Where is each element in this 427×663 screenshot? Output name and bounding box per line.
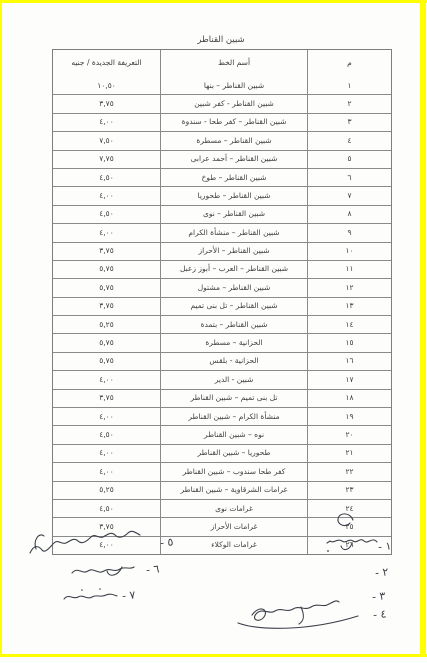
table-row: ٢١طحوريا – شبين القناطر٤,٠٠ — [53, 444, 391, 462]
row-fare-text: ٤,٠٠ — [99, 376, 113, 384]
row-route-name-text: شبين القناطر – العرب – أبوز زعبل — [180, 265, 288, 273]
row-serial-text: ٥ — [347, 155, 351, 163]
row-route-name: شبين القناطر – منشأة الكرام — [160, 224, 307, 241]
table-header-row: م أسم الخط التعريفة الجديدة / جنيه — [53, 50, 391, 77]
table-row: ٣شبين القناطر – كفر طحا - سندوة٤,٠٠ — [53, 113, 391, 131]
row-fare: ٣,٧٥ — [53, 298, 160, 315]
row-route-name: شبين القناطر – نوى — [160, 206, 307, 223]
row-serial-text: ١٢ — [345, 284, 353, 292]
row-serial: ١٨ — [307, 390, 391, 407]
row-serial-text: ١٨ — [345, 394, 353, 402]
row-fare-text: ٥,٢٥ — [99, 486, 113, 494]
row-serial: ٢٢ — [307, 463, 391, 480]
row-fare: ٥,٧٥ — [53, 334, 160, 351]
row-fare: ٣,٧٥ — [53, 390, 160, 407]
row-route-name-text: شبين - الدير — [215, 376, 254, 384]
note7-dot2 — [99, 588, 101, 590]
row-fare: ٤,٠٠ — [53, 114, 160, 131]
row-serial: ٢١ — [307, 445, 391, 462]
row-route-name: طحوريا – شبين القناطر — [160, 445, 307, 462]
pen-mark-curve — [338, 514, 353, 526]
row-fare-text: ٥,٢٥ — [99, 321, 113, 329]
row-fare-text: ٥,٧٥ — [99, 284, 113, 292]
handwritten-note-6: ٦ - — [145, 562, 159, 576]
row-fare-text: ٥,٧٥ — [99, 357, 113, 365]
row-route-name: شبين القناطر – مشتول — [160, 279, 307, 296]
table-row: ٨شبين القناطر – نوى٤,٥٠ — [53, 205, 391, 223]
row-route-name: الحزانية – مسطرة — [160, 334, 307, 351]
row-route-name-text: شبين القناطر – الأحراز — [198, 247, 269, 255]
row-serial-text: ١١ — [345, 265, 353, 273]
row-fare: ٤,٠٠ — [53, 408, 160, 425]
row-route-name: شبين القناطر – مسطرة — [160, 132, 307, 149]
row-route-name-text: شبين القناطر - كفر شبين — [194, 100, 274, 108]
row-fare-text: ٧,٧٥ — [99, 155, 113, 163]
row-serial-text: ٦ — [347, 174, 351, 182]
header-serial: م — [307, 50, 391, 77]
row-serial: ٢٠ — [307, 426, 391, 443]
row-route-name-text: شبين القناطر – مسطرة — [196, 137, 271, 145]
row-fare: ٤,٥٠ — [53, 206, 160, 223]
row-fare-text: ٤,٥٠ — [99, 210, 113, 218]
row-serial: ١٥ — [307, 334, 391, 351]
row-route-name: شبين القناطر – طوخ — [160, 169, 307, 186]
note5-scribble — [30, 531, 140, 553]
row-route-name: تل بنى تميم – شبين القناطر — [160, 390, 307, 407]
row-route-name: شبين القناطر – العرب – أبوز زعبل — [160, 261, 307, 278]
row-fare: ٤,٠٠ — [53, 224, 160, 241]
signature-descender — [299, 607, 303, 624]
table-row: ٥شبين القناطر – أحمد عرابى٧,٧٥ — [53, 150, 391, 168]
row-fare: ٣,٧٥ — [53, 95, 160, 112]
table-row: ١٠شبين القناطر – الأحراز٣,٧٥ — [53, 242, 391, 260]
table-row: ٦شبين القناطر – طوخ٤,٥٠ — [53, 168, 391, 186]
table-row: ١٣شبين القناطر – تل بنى تميم٣,٧٥ — [53, 297, 391, 315]
row-route-name: منشأة الكرام – شبين القناطر — [160, 408, 307, 425]
row-fare-text: ٥,٧٥ — [99, 339, 113, 347]
row-fare-text: ٧,٥٠ — [99, 137, 113, 145]
row-route-name: شبين القناطر – أحمد عرابى — [160, 151, 307, 168]
row-fare-text: ٤,٥٠ — [99, 431, 113, 439]
row-route-name: غرامات الشرقاوية – شبين القناطر — [160, 482, 307, 499]
row-fare-text: ٤,٠٠ — [99, 413, 113, 421]
row-fare-text: ٥,٧٥ — [99, 265, 113, 273]
signature-underline — [238, 616, 358, 628]
row-fare: ٣,٧٥ — [53, 243, 160, 260]
row-fare-text: ٤,٠٠ — [99, 118, 113, 126]
row-route-name-text: شبين القناطر – أحمد عرابى — [191, 155, 278, 163]
table-row: ١٧شبين - الدير٤,٠٠ — [53, 370, 391, 388]
row-serial: ٨ — [307, 206, 391, 223]
row-serial: ١٩ — [307, 408, 391, 425]
row-route-name-text: شبين القناطر – بنها — [204, 82, 264, 90]
row-fare-text: ٤,٠٠ — [99, 192, 113, 200]
row-fare: ٤,٠٠ — [53, 463, 160, 480]
row-fare: ٥,٧٥ — [53, 353, 160, 370]
note7-dot1 — [81, 589, 83, 591]
row-serial-text: ٤ — [347, 137, 351, 145]
row-route-name: نوه – شبين القناطر — [160, 426, 307, 443]
row-serial: ١٧ — [307, 371, 391, 388]
row-serial: ٦ — [307, 169, 391, 186]
row-serial: ٩ — [307, 224, 391, 241]
row-serial: ٤ — [307, 132, 391, 149]
row-route-name-text: شبين القناطر – كفر طحا - سندوة — [182, 118, 287, 126]
table-row: ١٥الحزانية – مسطرة٥,٧٥ — [53, 333, 391, 351]
row-serial-text: ١٠ — [345, 247, 353, 255]
row-route-name-text: الحزانية – مسطرة — [205, 339, 262, 347]
scanned-page: شبين القناطر م أسم الخط التعريفة الجديدة… — [0, 0, 427, 663]
row-fare: ٥,٢٥ — [53, 482, 160, 499]
table-row: ٤شبين القناطر – مسطرة٧,٥٠ — [53, 131, 391, 149]
row-fare: ٤,٠٠ — [53, 445, 160, 462]
row-route-name-text: منشأة الكرام – شبين القناطر — [188, 413, 279, 421]
row-serial-text: ١ — [347, 82, 351, 90]
row-serial-text: ١٣ — [345, 302, 353, 310]
row-route-name: شبين القناطر – بنها — [160, 77, 307, 94]
note1-dot — [327, 550, 329, 552]
row-route-name: كفر طحا سندوب – شبين القناطر — [160, 463, 307, 480]
row-serial-text: ٨ — [347, 210, 351, 218]
table-row: ١٤شبين القناطر – بتمدة٥,٢٥ — [53, 315, 391, 333]
handwritten-note-1: ١ - — [377, 539, 391, 553]
row-serial-text: ١٦ — [345, 357, 353, 365]
row-route-name-text: شبين القناطر – مشتول — [198, 284, 271, 292]
table-row: ١٢شبين القناطر – مشتول٥,٧٥ — [53, 278, 391, 296]
row-route-name-text: الحزانية - بلقس — [209, 357, 258, 365]
row-route-name-text: شبين القناطر – بتمدة — [201, 321, 268, 329]
table-row: ١١شبين القناطر – العرب – أبوز زعبل٥,٧٥ — [53, 260, 391, 278]
row-route-name-text: شبين القناطر – نوى — [203, 210, 265, 218]
row-serial: ٣ — [307, 114, 391, 131]
row-fare: ٧,٧٥ — [53, 151, 160, 168]
row-serial-text: ٩ — [347, 229, 351, 237]
row-serial: ١ — [307, 77, 391, 94]
row-serial: ١٠ — [307, 243, 391, 260]
table-body: ١شبين القناطر – بنها١٠,٥٠٢شبين القناطر -… — [53, 77, 391, 554]
handwritten-note-4: ٤ - — [372, 607, 386, 621]
header-route-name: أسم الخط — [160, 50, 307, 77]
table-row: ٢٢كفر طحا سندوب – شبين القناطر٤,٠٠ — [53, 462, 391, 480]
header-new-fare: التعريفة الجديدة / جنيه — [53, 50, 160, 77]
row-serial-text: ٢١ — [345, 449, 353, 457]
row-fare-text: ٤,٠٠ — [99, 468, 113, 476]
handwritten-note-7: ٧ - — [121, 588, 135, 602]
fare-table: م أسم الخط التعريفة الجديدة / جنيه ١شبين… — [52, 49, 392, 555]
note6-scribble — [72, 567, 134, 573]
row-serial-text: ٢٢ — [345, 468, 353, 476]
row-fare-text: ٣,٧٥ — [99, 100, 113, 108]
row-serial-text: ١٧ — [345, 376, 353, 384]
row-route-name: شبين القناطر - كفر شبين — [160, 95, 307, 112]
row-route-name-text: شبين القناطر – منشأة الكرام — [188, 229, 279, 237]
row-route-name-text: شبين القناطر – طحوريا — [198, 192, 271, 200]
row-serial: ٧ — [307, 187, 391, 204]
row-serial: ٥ — [307, 151, 391, 168]
row-route-name-text: تل بنى تميم – شبين القناطر — [190, 394, 277, 402]
row-fare: ١٠,٥٠ — [53, 77, 160, 94]
note1-scribble-tail — [341, 543, 352, 550]
row-fare: ٤,٥٠ — [53, 169, 160, 186]
row-route-name-text: طحوريا – شبين القناطر — [198, 449, 271, 457]
row-serial: ١١ — [307, 261, 391, 278]
row-serial: ١٢ — [307, 279, 391, 296]
row-fare: ٥,٧٥ — [53, 279, 160, 296]
row-serial: ١٤ — [307, 316, 391, 333]
row-serial: ١٣ — [307, 298, 391, 315]
row-serial-text: ٢٠ — [345, 431, 353, 439]
row-fare: ٤,٠٠ — [53, 371, 160, 388]
row-route-name: شبين القناطر – الأحراز — [160, 243, 307, 260]
handwriting-scribbles — [0, 505, 427, 663]
handwritten-note-5: ٥ - — [159, 535, 173, 549]
table-row: ١٩منشأة الكرام – شبين القناطر٤,٠٠ — [53, 407, 391, 425]
row-fare-text: ٣,٧٥ — [99, 247, 113, 255]
table-row: ٩شبين القناطر – منشأة الكرام٤,٠٠ — [53, 223, 391, 241]
table-row: ٢شبين القناطر - كفر شبين٣,٧٥ — [53, 94, 391, 112]
row-route-name-text: نوه – شبين القناطر — [204, 431, 264, 439]
row-serial-text: ٧ — [347, 192, 351, 200]
row-fare-text: ١٠,٥٠ — [97, 82, 116, 90]
row-fare: ٥,٢٥ — [53, 316, 160, 333]
row-route-name: شبين - الدير — [160, 371, 307, 388]
signature-scribble — [252, 601, 339, 620]
handwriting-layer: ١ - ٢ - ٣ - ٤ - ٥ - ٦ - ٧ - — [0, 505, 427, 663]
scan-edge-top — [0, 0, 427, 3]
row-serial-text: ١٥ — [345, 339, 353, 347]
row-fare-text: ٤,٥٠ — [99, 174, 113, 182]
row-serial-text: ٢٣ — [345, 486, 353, 494]
handwritten-note-3: ٣ - — [371, 589, 385, 603]
row-serial: ٢ — [307, 95, 391, 112]
table-row: ١٦الحزانية - بلقس٥,٧٥ — [53, 352, 391, 370]
row-route-name: شبين القناطر – طحوريا — [160, 187, 307, 204]
row-fare: ٥,٧٥ — [53, 261, 160, 278]
row-fare: ٤,٠٠ — [53, 187, 160, 204]
row-fare: ٧,٥٠ — [53, 132, 160, 149]
table-row: ٢٠نوه – شبين القناطر٤,٥٠ — [53, 425, 391, 443]
page-title: شبين القناطر — [52, 35, 390, 45]
row-serial: ٢٣ — [307, 482, 391, 499]
row-fare: ٤,٥٠ — [53, 426, 160, 443]
row-serial: ١٦ — [307, 353, 391, 370]
row-route-name: الحزانية - بلقس — [160, 353, 307, 370]
row-route-name: شبين القناطر – تل بنى تميم — [160, 298, 307, 315]
table-row: ١٨تل بنى تميم – شبين القناطر٣,٧٥ — [53, 389, 391, 407]
row-serial-text: ٢ — [347, 100, 351, 108]
row-route-name-text: كفر طحا سندوب – شبين القناطر — [183, 468, 286, 476]
table-row: ٧شبين القناطر – طحوريا٤,٠٠ — [53, 186, 391, 204]
table-row: ٢٣غرامات الشرقاوية – شبين القناطر٥,٢٥ — [53, 481, 391, 499]
row-route-name: شبين القناطر – كفر طحا - سندوة — [160, 114, 307, 131]
note6-loop — [107, 567, 122, 575]
row-serial-text: ١٤ — [345, 321, 353, 329]
row-serial-text: ١٩ — [345, 413, 353, 421]
row-route-name-text: شبين القناطر – تل بنى تميم — [190, 302, 277, 310]
row-fare-text: ٣,٧٥ — [99, 394, 113, 402]
row-route-name-text: شبين القناطر – طوخ — [202, 174, 267, 182]
row-route-name: شبين القناطر – بتمدة — [160, 316, 307, 333]
row-fare-text: ٤,٠٠ — [99, 229, 113, 237]
handwritten-note-2: ٢ - — [374, 565, 388, 579]
row-fare-text: ٤,٠٠ — [99, 449, 113, 457]
row-serial-text: ٣ — [347, 118, 351, 126]
note7-scribble — [64, 594, 117, 599]
table-row: ١شبين القناطر – بنها١٠,٥٠ — [53, 77, 391, 94]
row-route-name-text: غرامات الشرقاوية – شبين القناطر — [181, 486, 288, 494]
row-fare-text: ٣,٧٥ — [99, 302, 113, 310]
